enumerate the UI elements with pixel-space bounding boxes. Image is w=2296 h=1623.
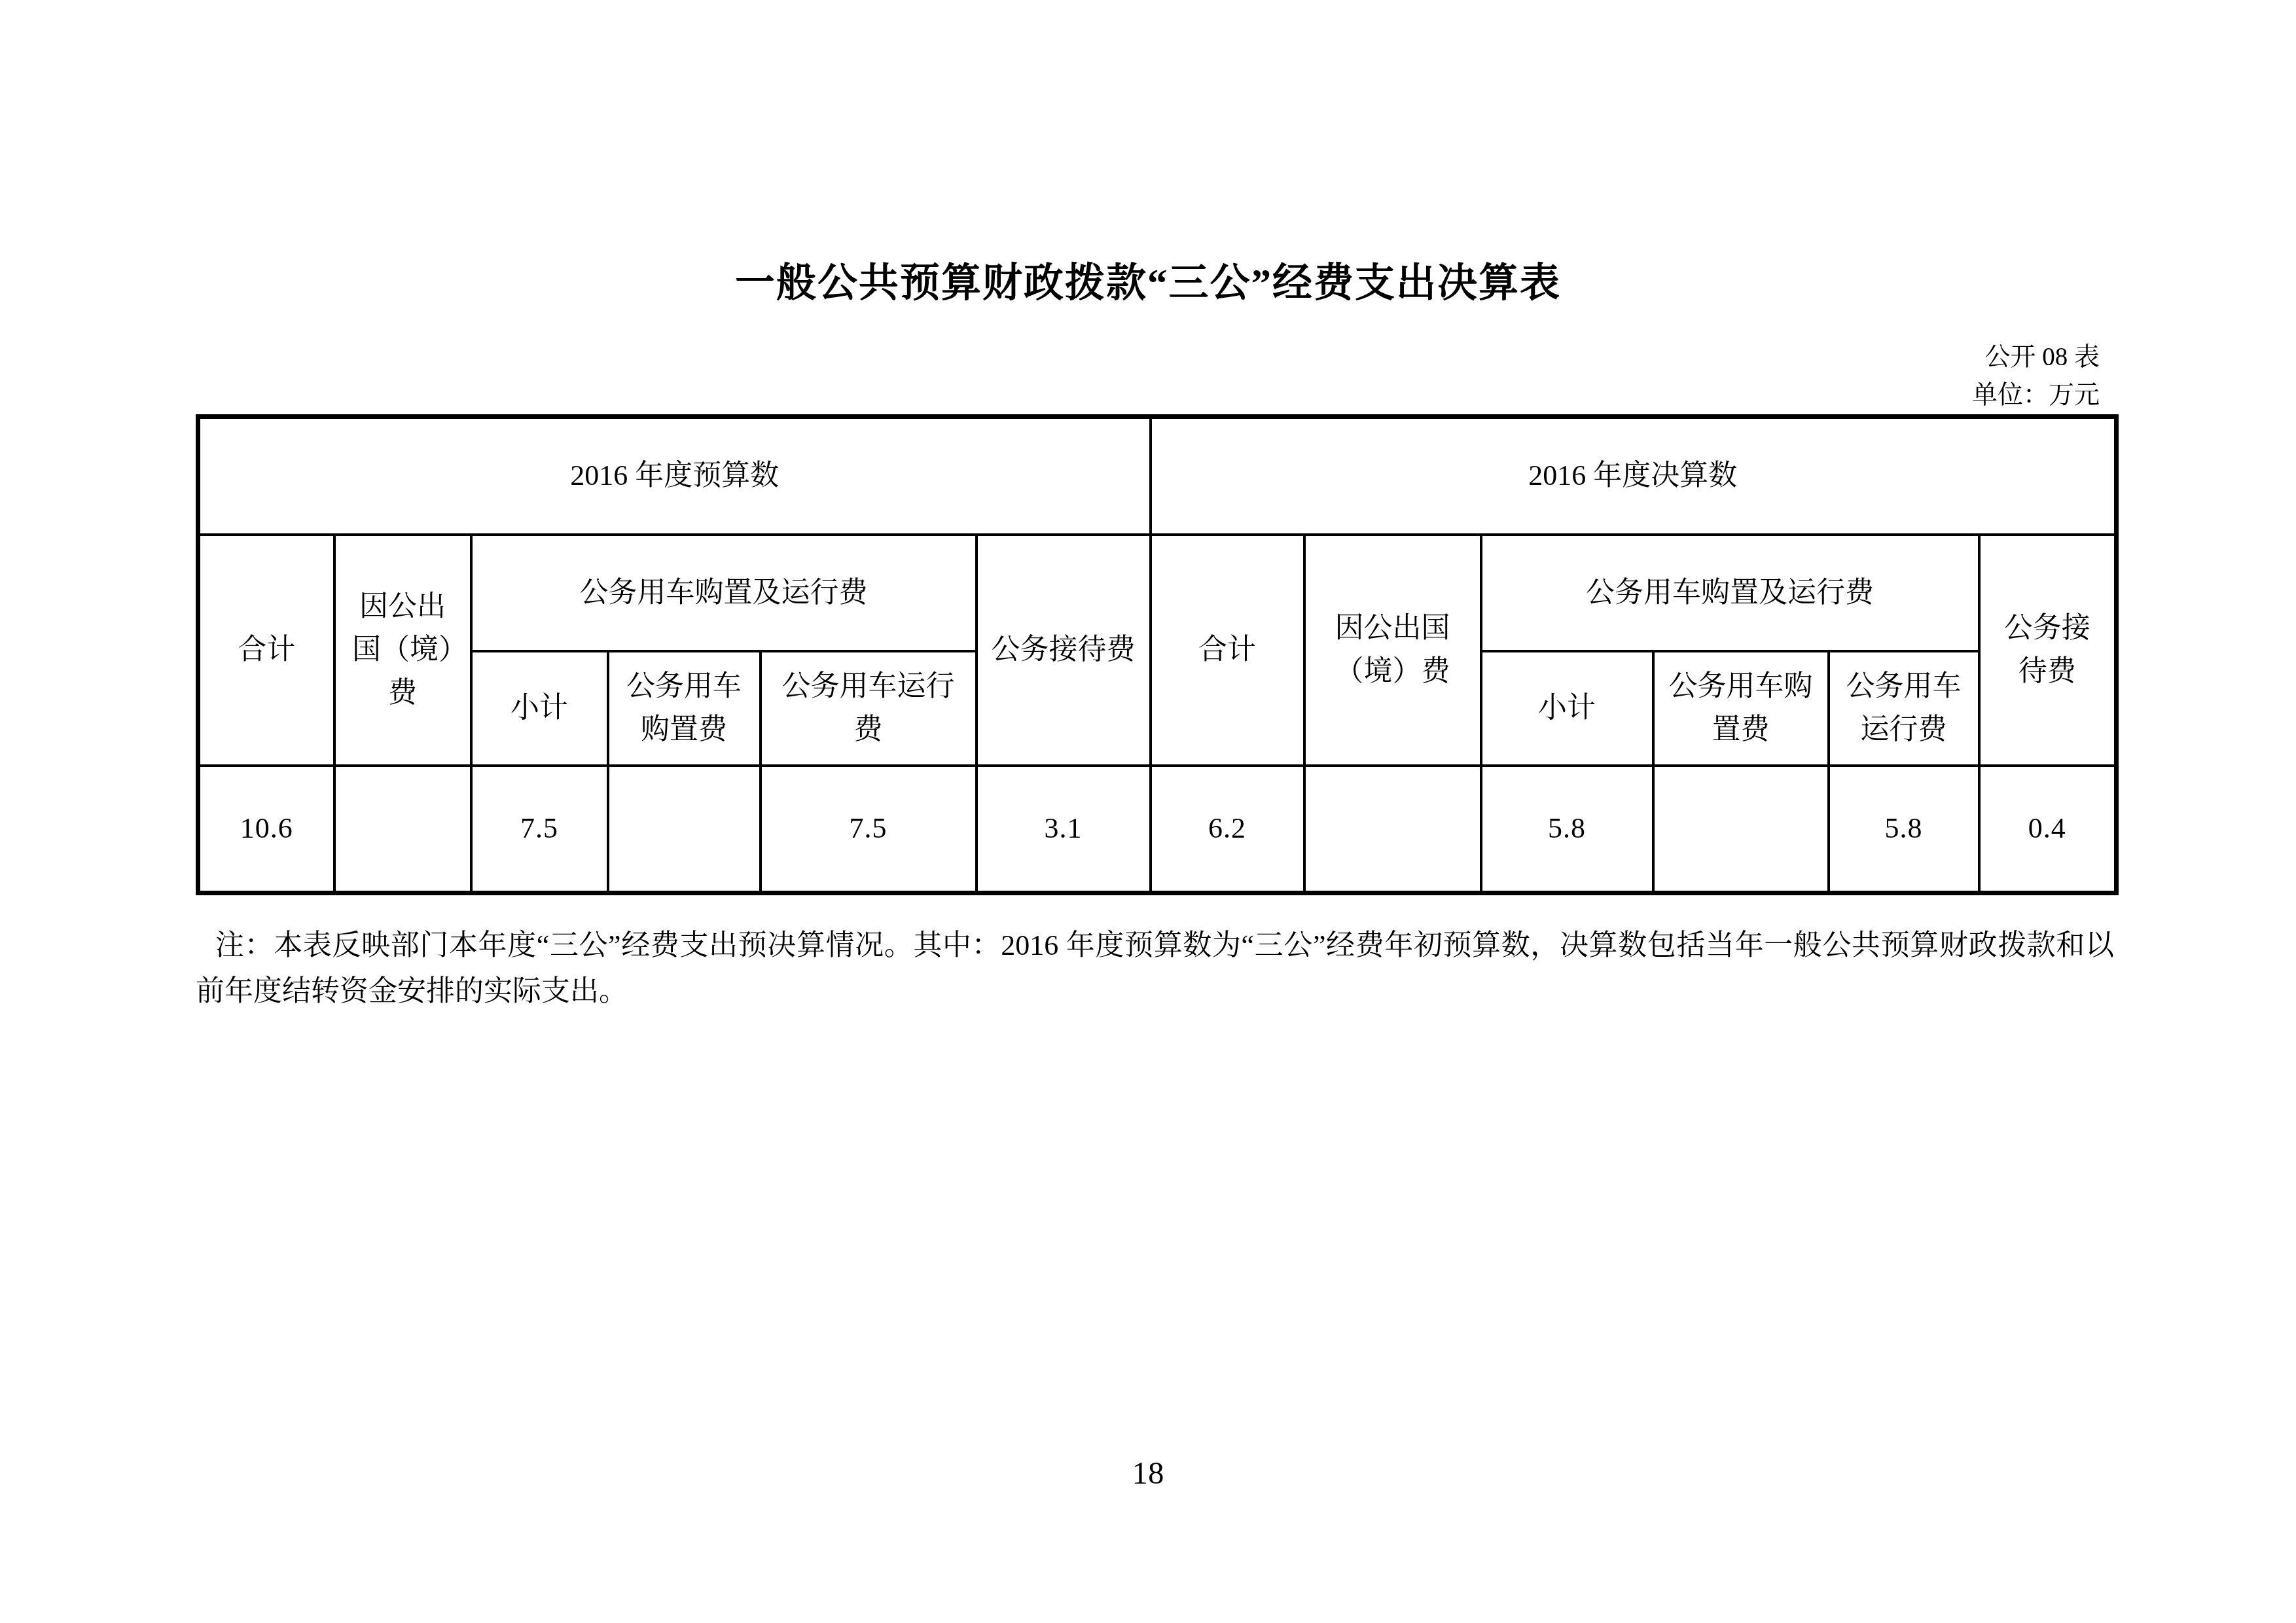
header-abroad-final: 因公出国（境）费	[1304, 535, 1481, 766]
group-header-row: 2016 年度预算数 2016 年度决算数	[198, 417, 2117, 535]
cell-final-total: 6.2	[1151, 766, 1304, 893]
cell-budget-abroad	[334, 766, 471, 893]
cell-final-abroad	[1304, 766, 1481, 893]
header-row-upper: 合计 因公出国（境）费 公务用车购置及运行费 公务接待费 合计 因公出国（境）费…	[198, 535, 2117, 651]
page-number: 18	[0, 1454, 2296, 1491]
cell-budget-purchase	[608, 766, 761, 893]
header-subtotal-budget: 小计	[471, 651, 608, 766]
cell-final-purchase	[1653, 766, 1829, 893]
header-reception-budget: 公务接待费	[977, 535, 1151, 766]
header-vehicle-group-budget: 公务用车购置及运行费	[471, 535, 977, 651]
header-total-final: 合计	[1151, 535, 1304, 766]
header-operation-final: 公务用车运行费	[1829, 651, 1979, 766]
cell-budget-subtotal: 7.5	[471, 766, 608, 893]
table-note: 注：本表反映部门本年度“三公”经费支出预决算情况。其中：2016 年度预算数为“…	[196, 923, 2114, 1014]
table-code: 公开 08 表	[196, 338, 2100, 376]
header-purchase-budget: 公务用车购置费	[608, 651, 761, 766]
cell-final-subtotal: 5.8	[1481, 766, 1653, 893]
group-header-final: 2016 年度决算数	[1151, 417, 2117, 535]
group-header-budget: 2016 年度预算数	[198, 417, 1151, 535]
document-page: 一般公共预算财政拨款“三公”经费支出决算表 公开 08 表 单位：万元 2016…	[0, 0, 2296, 1623]
cell-budget-operation: 7.5	[761, 766, 977, 893]
table-meta: 公开 08 表 单位：万元	[196, 338, 2114, 414]
cell-budget-reception: 3.1	[977, 766, 1151, 893]
cell-budget-total: 10.6	[198, 766, 334, 893]
header-vehicle-group-final: 公务用车购置及运行费	[1481, 535, 1979, 651]
header-purchase-final: 公务用车购置费	[1653, 651, 1829, 766]
header-total-budget: 合计	[198, 535, 334, 766]
header-reception-final: 公务接待费	[1979, 535, 2117, 766]
header-subtotal-final: 小计	[1481, 651, 1653, 766]
data-row: 10.6 7.5 7.5 3.1 6.2 5.8 5.8 0.4	[198, 766, 2117, 893]
page-title: 一般公共预算财政拨款“三公”经费支出决算表	[0, 0, 2296, 308]
header-operation-budget: 公务用车运行费	[761, 651, 977, 766]
cell-final-reception: 0.4	[1979, 766, 2117, 893]
cell-final-operation: 5.8	[1829, 766, 1979, 893]
header-abroad-budget: 因公出国（境）费	[334, 535, 471, 766]
unit-label: 单位：万元	[196, 376, 2100, 414]
three-public-expense-table: 2016 年度预算数 2016 年度决算数 合计 因公出国（境）费 公务用车购置…	[196, 414, 2119, 895]
